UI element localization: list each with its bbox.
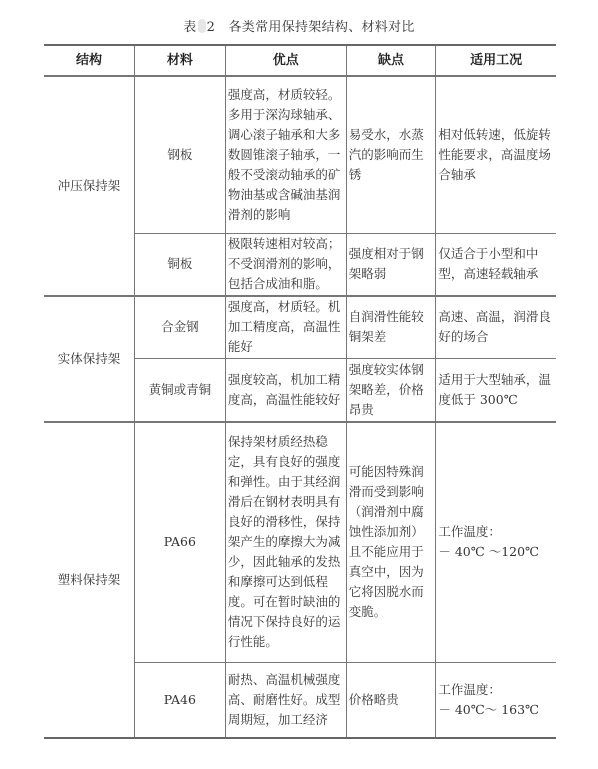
conditions-cell: 适用于大型轴承，温度低于 300℃: [436, 358, 556, 422]
table-caption: 表2 各类常用保持架结构、材料对比: [0, 16, 598, 35]
disadvantages-cell: 可能因特殊润滑而受到影响（润滑剂中腐蚀性添加剂）且不能应用于真空中，因为它将因脱…: [346, 422, 436, 662]
disadvantages-cell: 自润滑性能较铜架差: [346, 296, 436, 358]
caption-title: 各类常用保持架结构、材料对比: [229, 20, 415, 35]
cage-comparison-table: 结构 材料 优点 缺点 适用工况 冲压保持架 钢板 强度高，材质较轻。多用于深沟…: [44, 44, 556, 739]
material-cell: 钢板: [134, 76, 225, 233]
advantages-cell: 强度高，材质较轻。多用于深沟球轴承、调心滚子轴承和大多数圆锥滚子轴承，一般不受滚…: [225, 76, 346, 233]
table-row: 实体保持架 合金钢 强度高，材质轻。机加工精度高，高温性能好 自润滑性能较铜架差…: [44, 296, 556, 358]
disadvantages-cell: 强度较实体钢架略差，价格昂贵: [346, 358, 436, 422]
structure-cell: 实体保持架: [44, 296, 134, 422]
advantages-cell: 保持架材质经热稳定，具有良好的强度和弹性。由于其经润滑后在钢材表明具有良好的滑移…: [225, 422, 346, 662]
disadvantages-cell: 易受水，水蒸汽的影响而生锈: [346, 76, 436, 233]
table-row: 冲压保持架 钢板 强度高，材质较轻。多用于深沟球轴承、调心滚子轴承和大多数圆锥滚…: [44, 76, 556, 233]
advantages-cell: 耐热、高温机械强度高、耐磨性好。成型周期短，加工经济: [225, 662, 346, 738]
conditions-cell: 工作温度： － 40℃ ～120℃: [436, 422, 556, 662]
material-cell: 铜板: [134, 233, 225, 296]
structure-cell: 冲压保持架: [44, 76, 134, 296]
conditions-cell: 仅适合于小型和中型，高速轻载轴承: [436, 233, 556, 296]
structure-cell: 塑料保持架: [44, 422, 134, 738]
header-disadvantages: 缺点: [346, 45, 436, 76]
caption-prefix: 表: [183, 20, 196, 35]
header-conditions: 适用工况: [436, 45, 556, 76]
conditions-cell: 高速、高温，润滑良好的场合: [436, 296, 556, 358]
header-advantages: 优点: [225, 45, 346, 76]
conditions-cell: 相对低转速，低旋转性能要求，高温度场合轴承: [436, 76, 556, 233]
material-cell: 黄铜或青铜: [134, 358, 225, 422]
advantages-cell: 极限转速相对较高；不受润滑剂的影响，包括合成油和脂。: [225, 233, 346, 296]
advantages-cell: 强度高，材质轻。机加工精度高，高温性能好: [225, 296, 346, 358]
material-cell: PA66: [134, 422, 225, 662]
disadvantages-cell: 强度相对于钢架略弱: [346, 233, 436, 296]
material-cell: 合金钢: [134, 296, 225, 358]
header-row: 结构 材料 优点 缺点 适用工况: [44, 45, 556, 76]
header-material: 材料: [134, 45, 225, 76]
conditions-cell: 工作温度： － 40℃～ 163℃: [436, 662, 556, 738]
material-cell: PA46: [134, 662, 225, 738]
caption-number: 2: [207, 20, 216, 35]
advantages-cell: 强度较高，机加工精度高，高温性能较好: [225, 358, 346, 422]
disadvantages-cell: 价格略贵: [346, 662, 436, 738]
redaction-blot: [198, 19, 206, 33]
header-structure: 结构: [44, 45, 134, 76]
table-row: 塑料保持架 PA66 保持架材质经热稳定，具有良好的强度和弹性。由于其经润滑后在…: [44, 422, 556, 662]
